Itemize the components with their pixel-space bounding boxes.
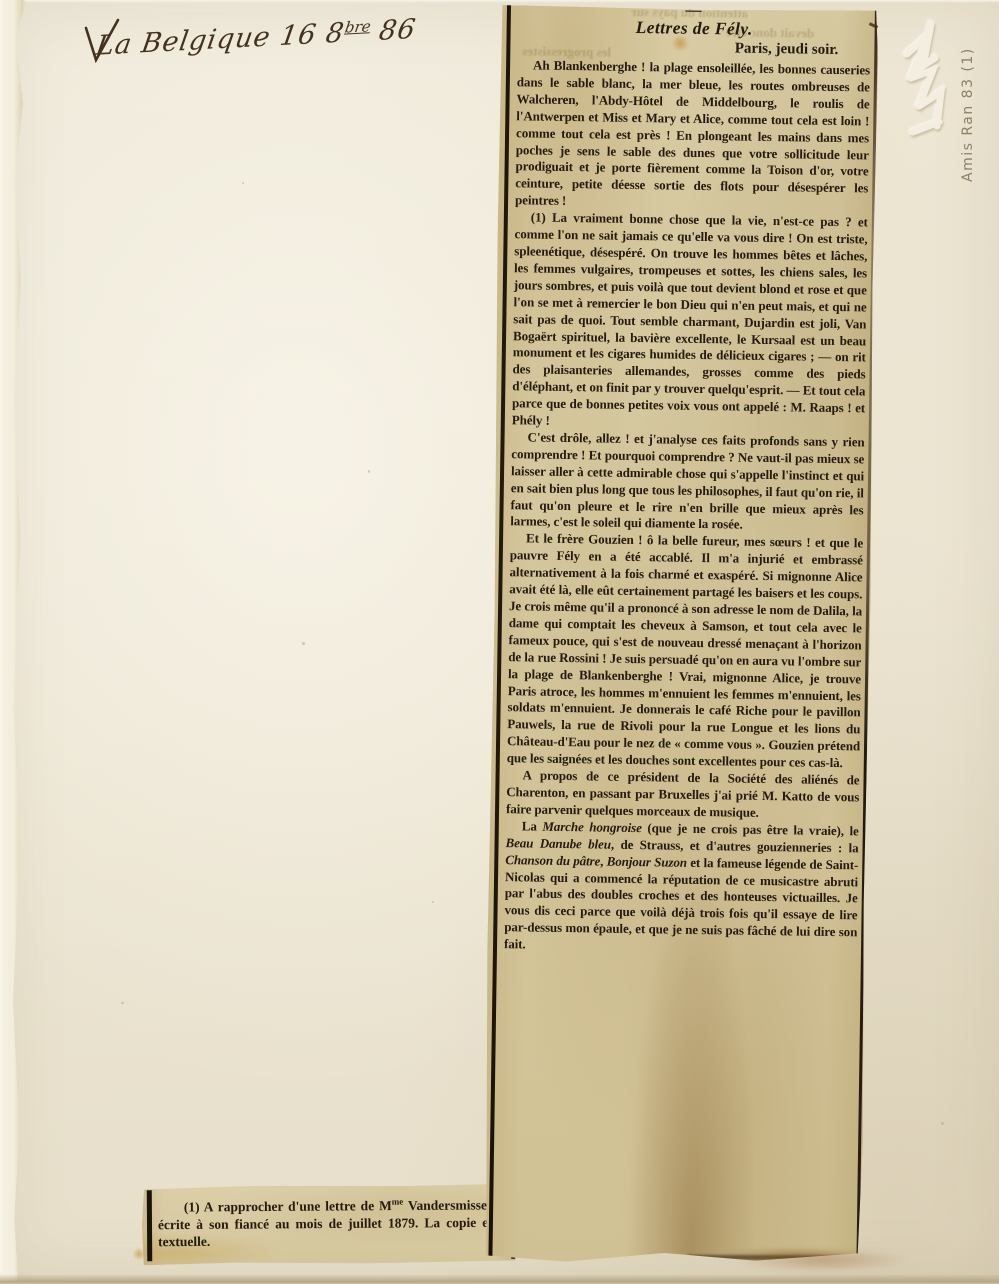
handwritten-source-note: La Belgique 16 8bre 86	[94, 13, 429, 62]
article-paragraph: La Marche hongroise (que je ne crois pas…	[504, 818, 859, 958]
paper-speck	[941, 1122, 944, 1125]
page-top-edge	[0, 0, 999, 3]
paragraph-segment: , de Strauss, et d'autres gouzienneries …	[611, 836, 859, 855]
paper-speck	[242, 182, 244, 184]
clipping-text-column: — Lettres de Fély. Paris, jeudi soir. Ah…	[499, 5, 871, 1268]
footnote-left-rule	[147, 1190, 152, 1261]
footnote-text: (1) A rapprocher d'une lettre de Mme Van…	[142, 1184, 518, 1250]
source-note-year: 86	[367, 14, 418, 48]
paragraph-segment-italic: Beau Danube bleu	[505, 835, 611, 852]
newspaper-clipping: attention du pays sur devait donc être l…	[482, 5, 880, 1268]
footnote-text-pre: (1) A rapprocher d'une lettre de M	[184, 1198, 392, 1214]
article-paragraph: (1) La vraiment bonne chose que la vie, …	[512, 209, 868, 434]
paragraph-segment-italic: Chanson du pâtre	[505, 852, 600, 868]
page-left-torn-edge	[0, 0, 26, 1284]
paper-speck	[368, 470, 370, 473]
album-page: La Belgique 16 8bre 86 Amis Ran 83 (1) (…	[0, 0, 999, 1284]
paragraph-segment-italic: Marche hongroise	[542, 818, 642, 834]
footnote-clipping: (1) A rapprocher d'une lettre de Mme Van…	[142, 1184, 519, 1266]
article-paragraph: C'est drôle, allez ! et j'analyse ces fa…	[510, 429, 864, 536]
embossed-stamp-icon	[893, 14, 955, 164]
paragraph-segment-italic: Bonjour Suzon	[607, 853, 687, 869]
source-note-text: La Belgique 16 8	[94, 17, 347, 61]
pencil-margin-note: Amis Ran 83 (1)	[960, 47, 976, 182]
paper-speck	[121, 1002, 124, 1004]
source-note-superscript: bre	[344, 17, 372, 37]
footnote-superscript: me	[392, 1196, 404, 1206]
paper-speck	[302, 642, 305, 645]
article-paragraph: Ah Blankenberghe ! la plage ensoleillée,…	[515, 57, 870, 214]
paper-speck	[432, 901, 434, 903]
page-stain	[735, 1248, 910, 1272]
page-bottom-edge	[0, 1274, 999, 1284]
article-paragraph: A propos de ce président de la Société d…	[506, 767, 860, 823]
paragraph-segment: (que je ne crois pas être la vraie), le	[642, 820, 859, 838]
article-body: Ah Blankenberghe ! la plage ensoleillée,…	[504, 57, 870, 958]
paragraph-segment: La	[522, 818, 543, 833]
article-paragraph: Et le frère Gouzien ! ô la belle fureur,…	[507, 531, 863, 773]
